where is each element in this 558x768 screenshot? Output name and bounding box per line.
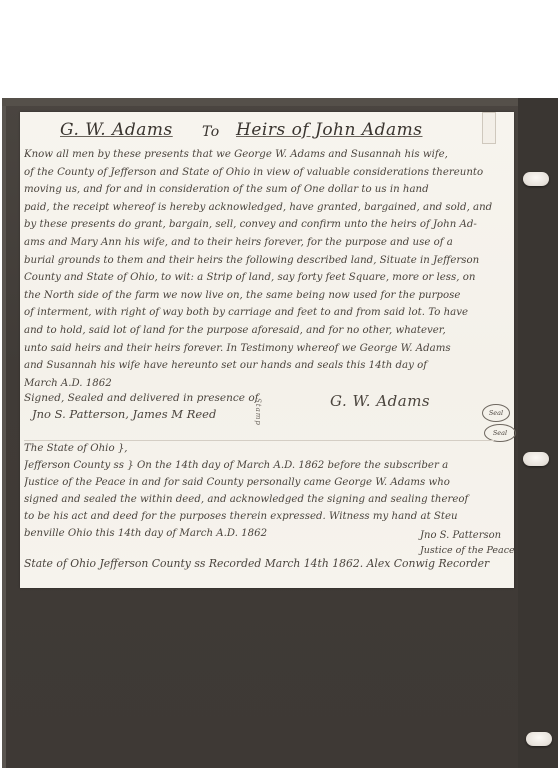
seal-icon: Seal bbox=[482, 404, 510, 422]
acknowledgment-line: Jefferson County ss } On the 14th day of… bbox=[24, 457, 510, 474]
justice-name: Jno S. Patterson bbox=[420, 528, 520, 543]
revenue-stamp-mark: Stamp bbox=[250, 398, 262, 434]
album-binding-strip bbox=[518, 98, 558, 768]
deed-body-line: of the County of Jefferson and State of … bbox=[24, 164, 510, 182]
deed-body-line: the North side of the farm we now live o… bbox=[24, 287, 510, 305]
binder-hole bbox=[526, 732, 552, 746]
justice-signature-block: Jno S. Patterson Justice of the Peace bbox=[420, 528, 520, 558]
deed-body-line: burial grounds to them and their heirs t… bbox=[24, 252, 510, 270]
deed-body-line: Know all men by these presents that we G… bbox=[24, 146, 510, 164]
recorded-line: State of Ohio Jefferson County ss Record… bbox=[24, 557, 514, 570]
title-connector: To bbox=[202, 124, 220, 140]
deed-body: Know all men by these presents that we G… bbox=[24, 146, 510, 392]
acknowledgment-line: Justice of the Peace in and for said Cou… bbox=[24, 474, 510, 491]
acknowledgment-line: to be his act and deed for the purposes … bbox=[24, 508, 510, 525]
acknowledgment-line: The State of Ohio }, bbox=[24, 440, 510, 457]
deed-body-line: of interment, with right of way both by … bbox=[24, 304, 510, 322]
deed-body-line: and to hold, said lot of land for the pu… bbox=[24, 322, 510, 340]
acknowledgment-block: The State of Ohio }, Jefferson County ss… bbox=[24, 440, 510, 542]
title-grantor: G. W. Adams bbox=[60, 120, 173, 140]
deed-title: G. W. Adams To Heirs of John Adams bbox=[40, 118, 500, 144]
deed-body-line: moving us, and for and in consideration … bbox=[24, 181, 510, 199]
binder-hole bbox=[523, 172, 549, 186]
deed-body-line: unto said heirs and their heirs forever.… bbox=[24, 340, 510, 358]
justice-title: Justice of the Peace bbox=[420, 543, 520, 558]
deed-body-line: ams and Mary Ann his wife, and to their … bbox=[24, 234, 510, 252]
witness-block: Signed, Sealed and delivered in presence… bbox=[24, 390, 254, 422]
witness-names: Jno S. Patterson, James M Reed bbox=[24, 406, 254, 422]
witness-label: Signed, Sealed and delivered in presence… bbox=[24, 390, 254, 406]
deed-body-line: by these presents do grant, bargain, sel… bbox=[24, 216, 510, 234]
deed-body-line: and Susannah his wife have hereunto set … bbox=[24, 357, 510, 375]
title-grantee: Heirs of John Adams bbox=[236, 120, 423, 140]
binder-hole bbox=[523, 452, 549, 466]
grantor-signature: G. W. Adams bbox=[330, 392, 430, 410]
album-page-top-edge bbox=[2, 98, 558, 106]
deed-body-line: paid, the receipt whereof is hereby ackn… bbox=[24, 199, 510, 217]
deed-body-line: County and State of Ohio, to wit: a Stri… bbox=[24, 269, 510, 287]
acknowledgment-line: signed and sealed the within deed, and a… bbox=[24, 491, 510, 508]
